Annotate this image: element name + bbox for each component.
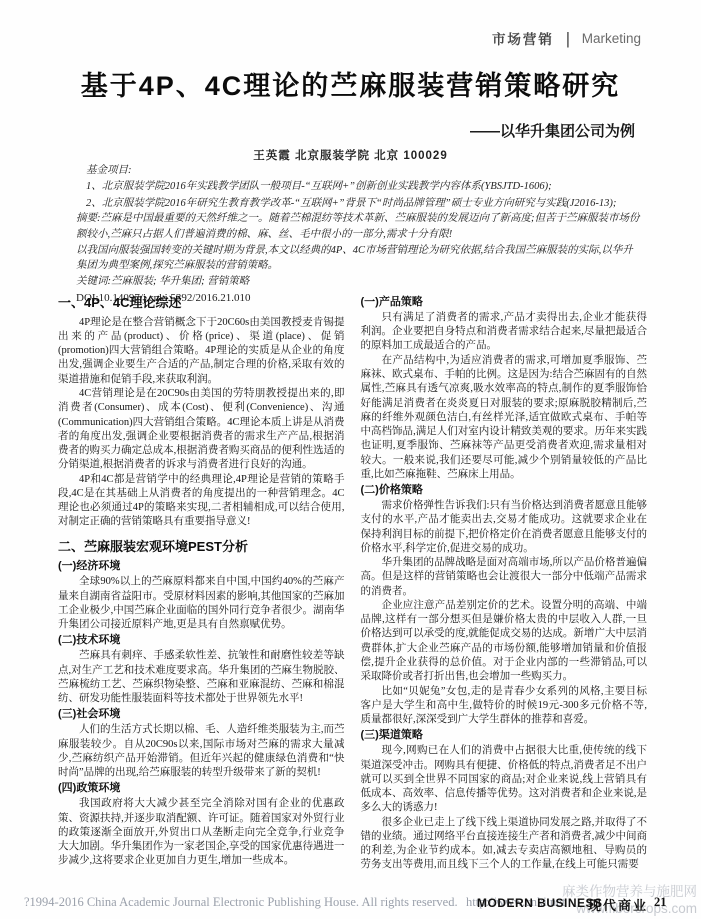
paragraph: 我国政府将大大减少甚至完全消除对国有企业的优惠政策、资源扶持,并逐步取消配额、许…: [58, 797, 345, 868]
subsection-heading: (四)政策环境: [58, 781, 345, 796]
paragraph: 在产品结构中,为适应消费者的需求,可增加夏季服饰、苎麻袜、欧式桌布、手帕的比例。…: [361, 354, 648, 482]
subsection-heading: (一)产品策略: [361, 295, 648, 310]
section-heading-2: 二、苎麻服装宏观环境PEST分析: [58, 538, 345, 556]
section-heading-1: 一、4P、4C理论综述: [58, 294, 345, 312]
paragraph: 只有满足了消费者的需求,产品才卖得出去,企业才能获得利润。企业要把自身特点和消费…: [361, 311, 648, 354]
journal-name-cn: 现代商业: [588, 895, 648, 914]
paragraph: 很多企业已走上了线下线上渠道协同发展之路,并取得了不错的业绩。通过网络平台直接连…: [361, 816, 648, 873]
fund-item: 1、北京服装学院2016年实践教学团队一般项目-“互联网+”创新创业实践教学内容…: [86, 179, 635, 195]
subsection-heading: (一)经济环境: [58, 559, 345, 574]
paragraph: 人们的生活方式长期以棉、毛、人造纤维类服装为主,而苎麻服装较少。自从20C90s…: [58, 723, 345, 780]
header-category-en: Marketing: [582, 31, 641, 46]
left-column: 一、4P、4C理论综述 4P理论是在整合营销概念下于20C60s由美国教授麦肯锡…: [58, 294, 345, 875]
subsection-heading: (三)社会环境: [58, 707, 345, 722]
copyright-notice: ?1994-2016 China Academic Journal Electr…: [24, 895, 458, 910]
fund-item: 2、北京服装学院2016年研究生教育教学改革-“互联网+”背景下“时尚品牌管理”…: [86, 196, 635, 212]
right-column: (一)产品策略 只有满足了消费者的需求,产品才卖得出去,企业才能获得利润。企业要…: [361, 294, 648, 875]
abstract-line: 摘要:苎麻是中国最重要的天然纤维之一。随着苎棉混纺等技术革新、苎麻服装的发展迈向…: [76, 211, 641, 243]
fund-note: 基金项目: 1、北京服装学院2016年实践教学团队一般项目-“互联网+”创新创业…: [86, 163, 635, 212]
keywords-line: 关键词:苎麻服装; 华升集团; 营销策略: [76, 274, 641, 290]
author-line: 王英霞 北京服装学院 北京 100029: [0, 147, 701, 163]
paragraph: 4C营销理论是在20C90s由美国的劳特朋教授提出来的,即消费者(Consume…: [58, 387, 345, 473]
journal-name-en: MODERN BUSINESS: [477, 896, 603, 910]
paragraph: 现今,网购已在人们的消费中占据很大比重,使传统的线下渠道深受冲击。网购具有便捷、…: [361, 744, 648, 815]
paragraph: 全球90%以上的苎麻原料都来自中国,中国约40%的苎麻产量来自湖南省益阳市。受原…: [58, 575, 345, 632]
paragraph: 华升集团的品牌战略是面对高端市场,所以产品价格普遍偏高。但是这样的营销策略也会让…: [361, 556, 648, 599]
paragraph: 比如“贝妮兔”女包,走的是青春少女系列的风格,主要目标客户是大学生和高中生,做特…: [361, 685, 648, 728]
paragraph: 4P理论是在整合营销概念下于20C60s由美国教授麦肯锡提出来的产品(produ…: [58, 316, 345, 387]
page-subtitle: ——以华升集团公司为例: [470, 120, 635, 141]
page-header: 市场营销 | Marketing: [492, 28, 641, 48]
abstract-line: 以我国向服装强国转变的关键时期为背景,本文以经典的4P、4C市场营销理论为研究依…: [76, 243, 641, 275]
journal-page: 市场营销 | Marketing 基于4P、4C理论的苎麻服装营销策略研究 ——…: [0, 0, 701, 919]
page-footer: ?1994-2016 China Academic Journal Electr…: [0, 895, 701, 911]
subsection-heading: (二)价格策略: [361, 483, 648, 498]
abstract-block: 摘要:苎麻是中国最重要的天然纤维之一。随着苎棉混纺等技术革新、苎麻服装的发展迈向…: [76, 211, 641, 306]
fund-label: 基金项目:: [86, 163, 635, 179]
header-category-cn: 市场营销: [492, 28, 554, 48]
paragraph: 企业应注意产品差别定价的艺术。设置分明的高端、中端品牌,这样有一部分想买但是嫌价…: [361, 599, 648, 685]
body-columns: 一、4P、4C理论综述 4P理论是在整合营销概念下于20C60s由美国教授麦肯锡…: [58, 294, 647, 875]
paragraph: 4P和4C都是营销学中的经典理论,4P理论是营销的策略手段,4C是在其基础上从消…: [58, 473, 345, 530]
page-number: 21: [654, 895, 667, 910]
header-divider: |: [566, 29, 570, 47]
paragraph: 苎麻具有刺痒、手感柔软性差、抗皱性和耐磨性较差等缺点,对生产工艺和技术难度要求高…: [58, 649, 345, 706]
page-title: 基于4P、4C理论的苎麻服装营销策略研究: [0, 64, 701, 103]
subsection-heading: (三)渠道策略: [361, 728, 648, 743]
paragraph: 需求价格弹性告诉我们:只有当价格达到消费者愿意且能够支付的水平,产品才能卖出去,…: [361, 499, 648, 556]
subsection-heading: (二)技术环境: [58, 633, 345, 648]
